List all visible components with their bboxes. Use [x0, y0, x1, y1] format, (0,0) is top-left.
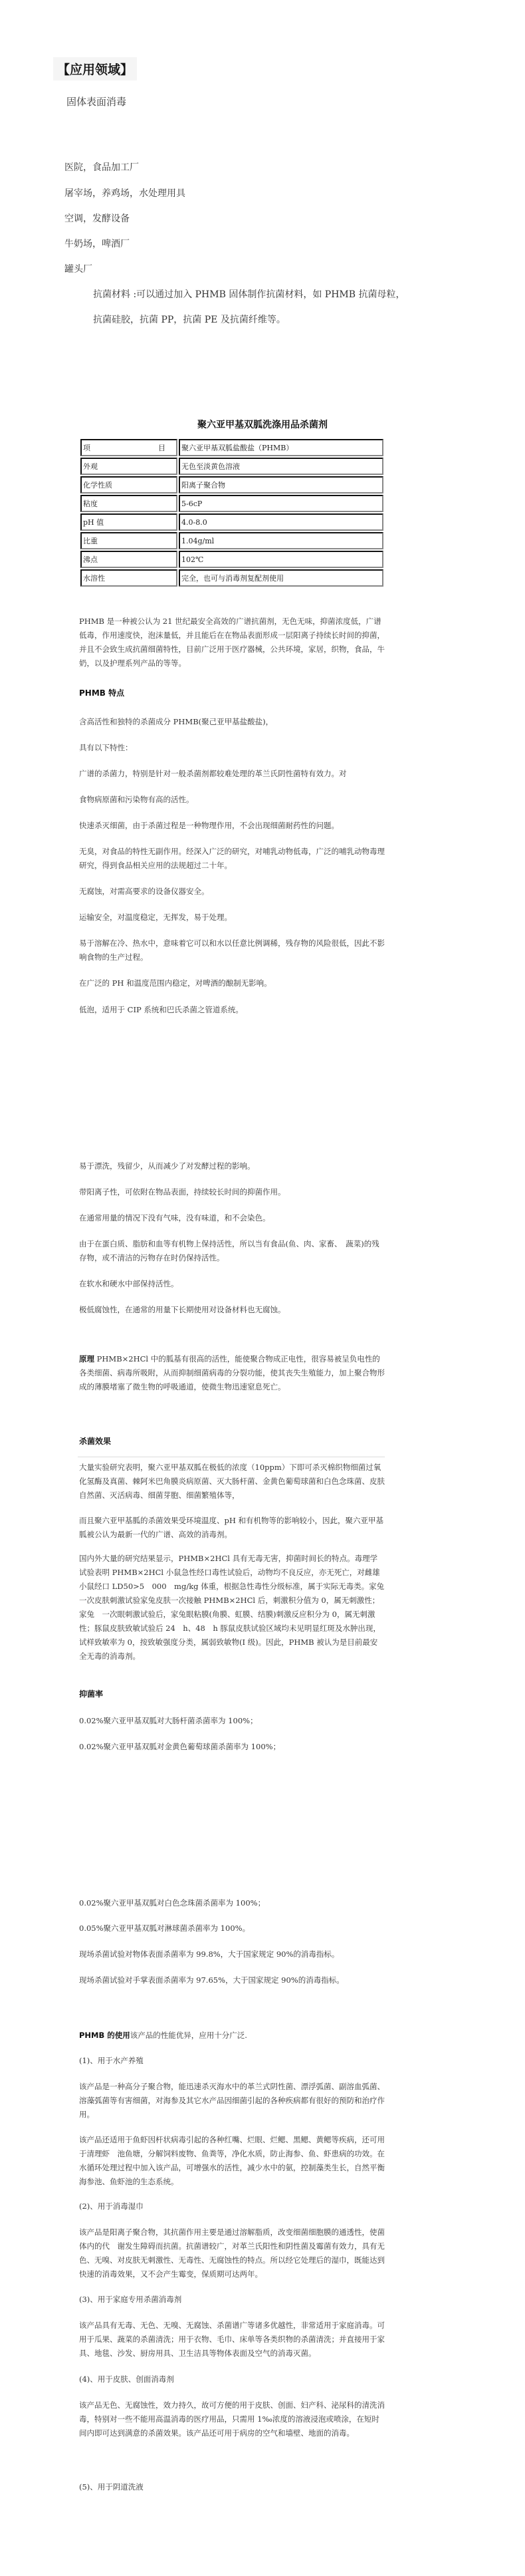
spec-value: 无色至淡黄色溶液: [179, 458, 383, 475]
feature-item: 在广泛的 PH 和温度范围内稳定，对啤酒的酿制无影响。: [79, 976, 385, 990]
usage-section-title: (5)、用于阴道洗液: [79, 2480, 385, 2494]
feature-item: 低泡，适用于 CIP 系统和巴氏杀菌之管道系统。: [79, 1003, 385, 1017]
feature-item: 广谱的杀菌力，特别是针对一般杀菌剂都较难处理的革兰氏阴性菌特有效力。对: [79, 767, 385, 781]
spec-key: 化学性质: [80, 476, 177, 494]
antibacterial-materials: 抗菌材料 :可以通过加入 PHMB 固体制作抗菌材料，如 PHMB 抗菌母粒，抗…: [93, 282, 405, 333]
spec-table: 项目 聚六亚甲基双胍盐酸盐（PHMB） 外观无色至淡黄色溶液 化学性质阳离子聚合…: [79, 438, 385, 588]
inhibition-line: 现场杀菌试验对手掌表面杀菌率为 97.65%，大于国家规定 90%的消毒指标。: [79, 1973, 385, 1987]
table-row: 外观无色至淡黄色溶液: [80, 458, 383, 475]
inhibition-line: 0.05%聚六亚甲基双胍对淋球菌杀菌率为 100%。: [79, 1922, 385, 1935]
table-row: pH 值4.0-8.0: [80, 513, 383, 531]
spec-key: 外观: [80, 458, 177, 475]
application-field: 屠宰场，养鸡场，水处理用具: [64, 186, 185, 200]
spec-key: 水溶性: [80, 569, 177, 587]
spec-value: 聚六亚甲基双胍盐酸盐（PHMB）: [179, 439, 383, 456]
section-divider: [78, 1457, 385, 1457]
table-row: 比重1.04g/ml: [80, 532, 383, 549]
feature-item: 在通常用量的情况下没有气味，没有味道，和不会染色。: [79, 1211, 385, 1225]
usage-section-title: (1)、用于水产养殖: [79, 2054, 385, 2068]
table-row: 水溶性完全，也可与消毒剂复配剂使用: [80, 569, 383, 587]
principle-label: 原理: [79, 1354, 94, 1363]
feature-item: 无腐蚀，对需高要求的设备仪器安全。: [79, 885, 385, 899]
application-subheading: 固体表面消毒: [66, 94, 126, 108]
usage-paragraph: 该产品是阳离子聚合物，其抗菌作用主要是通过溶解脂质，改变细菌细胞膜的通透性，使菌…: [79, 2225, 385, 2281]
feature-item: 在软水和硬水中部保持活性。: [79, 1277, 385, 1291]
feature-item: 运输安全，对温度稳定，无挥发，易于处理。: [79, 911, 385, 925]
spec-key: pH 值: [80, 513, 177, 531]
feature-item: 食物病原菌和污染物有高的活性。: [79, 793, 385, 807]
usage-section-title: (2)、用于消毒湿巾: [79, 2200, 385, 2214]
application-heading: 【应用领域】: [53, 57, 137, 80]
spec-key: 粘度: [80, 495, 177, 512]
usage-intro-text: 该产品的性能优异，应用十分广泛.: [130, 2031, 247, 2040]
application-field: 罐头厂: [64, 262, 92, 275]
efficacy-title: 杀菌效果: [79, 1435, 111, 1447]
usage-paragraph: 该产品还适用于鱼虾因杆状病毒引起的各种红嘴、烂眼、烂鳃、黑鳃、黄鳃等疾病，还可用…: [79, 2133, 385, 2189]
feature-item: 含高活性和独特的杀菌成分 PHMB(聚己亚甲基盐酸盐)，: [79, 715, 385, 729]
spec-value: 1.04g/ml: [179, 532, 383, 549]
table-row: 化学性质阳离子聚合物: [80, 476, 383, 494]
table-row: 项目 聚六亚甲基双胍盐酸盐（PHMB）: [80, 439, 383, 456]
feature-item: 极低腐蚀性，在通常的用量下长期使用对设备材料也无腐蚀。: [79, 1303, 385, 1317]
spec-key: 比重: [80, 532, 177, 549]
usage-paragraph: 该产品是一种高分子聚合物，能迅速杀灭海水中的革兰式阴性菌、漂浮弧菌、副溶血弧菌、…: [79, 2080, 385, 2122]
principle-paragraph: 原理 PHMB×2HCl 中的胍基有很高的活性，能使聚合物成正电性，很容易被呈负…: [79, 1352, 385, 1394]
spec-value: 102℃: [179, 551, 383, 568]
usage-section-title: (3)、用于家庭专用杀菌消毒剂: [79, 2293, 385, 2307]
usage-label: PHMB 的使用: [79, 2031, 130, 2040]
usage-intro: PHMB 的使用该产品的性能优异，应用十分广泛.: [79, 2029, 385, 2043]
spec-value: 阳离子聚合物: [179, 476, 383, 494]
spec-value: 完全，也可与消毒剂复配剂使用: [179, 569, 383, 587]
application-field: 医院，食品加工厂: [64, 160, 139, 174]
inhibition-title: 抑菌率: [79, 1688, 103, 1699]
spec-key: 沸点: [80, 551, 177, 568]
feature-item: 易于漂洗，残留少，从而减少了对发酵过程的影响。: [79, 1159, 385, 1173]
application-field: 牛奶场，啤酒厂: [64, 237, 130, 250]
feature-item: 快速杀灭细菌，由于杀菌过程是一种物理作用，不会出现细菌耐药性的问题。: [79, 819, 385, 833]
table-row: 沸点102℃: [80, 551, 383, 568]
features-title: PHMB 特点: [79, 687, 124, 698]
intro-paragraph: PHMB 是一种被公认为 21 世纪最安全高效的广谱抗菌剂，无色无味，抑菌浓度低…: [79, 615, 385, 670]
inhibition-line: 0.02%聚六亚甲基双胍对大肠杆菌杀菌率为 100%；: [79, 1714, 385, 1728]
product-title: 聚六亚甲基双胍洗涤用品杀菌剂: [0, 418, 525, 431]
efficacy-paragraph: 而且聚六亚甲基胍的杀菌效果受环境温度、pH 和有机物等的影响较小，因此，聚六亚甲…: [79, 1514, 385, 1542]
efficacy-paragraph: 大量实验研究表明，聚六亚甲基双胍在极低的浓度（10ppm）下即可杀灭棉织物细菌过…: [79, 1461, 385, 1503]
feature-item: 无臭，对食品的特性无副作用。经深入广泛的研究，对哺乳动物低毒，广泛的哺乳动物毒理…: [79, 845, 385, 873]
usage-paragraph: 该产品具有无毒、无色、无嗅、无腐蚀、杀菌谱广等诸多优越性，非常适用于家庭消毒。可…: [79, 2319, 385, 2361]
feature-item: 由于在蛋白质、脂肪和血等有机物上保持活性，所以当有食品(鱼、肉、家畜、 蔬菜)的…: [79, 1237, 385, 1265]
spec-key: 项目: [80, 439, 177, 456]
feature-item: 带阳离子性，可依附在物品表面，持续较长时间的抑菌作用。: [79, 1185, 385, 1199]
inhibition-line: 现场杀菌试验对物体表面杀菌率为 99.8%，大于国家规定 90%的消毒指标。: [79, 1947, 385, 1961]
inhibition-line: 0.02%聚六亚甲基双胍对白色念珠菌杀菌率为 100%；: [79, 1896, 385, 1910]
feature-item: 具有以下特性：: [79, 741, 385, 755]
efficacy-paragraph: 国内外大量的研究结果显示，PHMB×2HCl 具有无毒无害，抑菌时间长的特点。毒…: [79, 1552, 385, 1663]
spec-value: 4.0-8.0: [179, 513, 383, 531]
usage-section-title: (4)、用于皮肤、创面消毒剂: [79, 2372, 385, 2386]
inhibition-line: 0.02%聚六亚甲基双胍对金黄色葡萄球菌杀菌率为 100%；: [79, 1740, 385, 1754]
table-row: 粘度5-6cP: [80, 495, 383, 512]
feature-item: 易于溶解在冷、热水中，意味着它可以和水以任意比例调稀，残存物的风险很低，因此不影…: [79, 936, 385, 964]
application-field: 空调，发酵设备: [64, 212, 130, 225]
principle-text: PHMB×2HCl 中的胍基有很高的活性，能使聚合物成正电性，很容易被呈负电性的…: [79, 1354, 385, 1391]
usage-paragraph: 该产品无色、无腐蚀性，效力持久，故可方便的用于皮肤、创面、妇产科、泌尿科的清洗消…: [79, 2398, 385, 2440]
spec-value: 5-6cP: [179, 495, 383, 512]
